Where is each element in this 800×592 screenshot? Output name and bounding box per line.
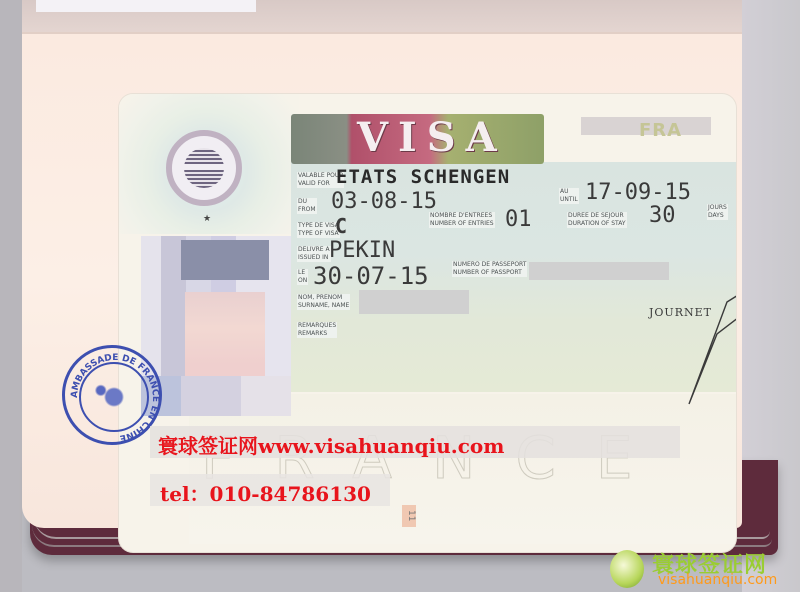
watermark-phone: tel：010-84786130: [160, 478, 371, 507]
until-label: AUUNTIL: [559, 188, 579, 204]
logo-url: visahuanqiu.com: [658, 572, 777, 588]
duration-label: DUREE DE SEJOURDURATION OF STAY: [567, 212, 627, 228]
globe-icon: [610, 550, 644, 588]
name-label: NOM, PRENOMSURNAME, NAME: [297, 294, 350, 310]
issued-in-value: PEKIN: [329, 238, 395, 263]
embassy-stamp: AMBASSADE DE FRANCE EN CHINE: [62, 345, 162, 445]
issued-in-label: DELIVRE AISSUED IN: [297, 246, 331, 262]
issued-on-label: LEON: [297, 269, 308, 285]
passport-number-label: NUMERO DE PASSEPORTNUMBER OF PASSPORT: [452, 261, 527, 277]
visa-type: C: [335, 214, 347, 238]
duration-value: 30: [649, 203, 676, 228]
background-left: [0, 0, 22, 592]
valid-for-value: ETATS SCHENGEN: [336, 166, 510, 188]
visa-type-label: TYPE DE VISATYPE OF VISA: [297, 222, 340, 238]
entries-label: NOMBRE D'ENTREESNUMBER OF ENTRIES: [429, 212, 495, 228]
stamp-emblem-icon: [79, 362, 149, 432]
star-icon: ★: [203, 214, 211, 224]
remarks-label: REMARQUESREMARKS: [297, 322, 337, 338]
visa-header: VISA: [357, 114, 507, 161]
watermark-website: 寰球签证网www.visahuanqiu.com: [158, 430, 504, 459]
page-number: 11: [402, 505, 416, 527]
from-date: 03-08-15: [331, 189, 437, 214]
country-code: FRA: [639, 120, 682, 141]
from-label: DUFROM: [297, 198, 317, 214]
redacted-name: [359, 290, 469, 314]
until-date: 17-09-15: [585, 180, 691, 205]
days-label: JOURSDAYS: [707, 204, 728, 220]
brand-logo: 寰球签证网 visahuanqiu.com: [606, 550, 796, 590]
previous-page-paper: [36, 0, 256, 12]
issued-on-date: 30-07-15: [313, 262, 429, 290]
entries-value: 01: [505, 207, 532, 232]
signature: [619, 274, 736, 414]
eu-emblem-icon: [166, 130, 242, 206]
